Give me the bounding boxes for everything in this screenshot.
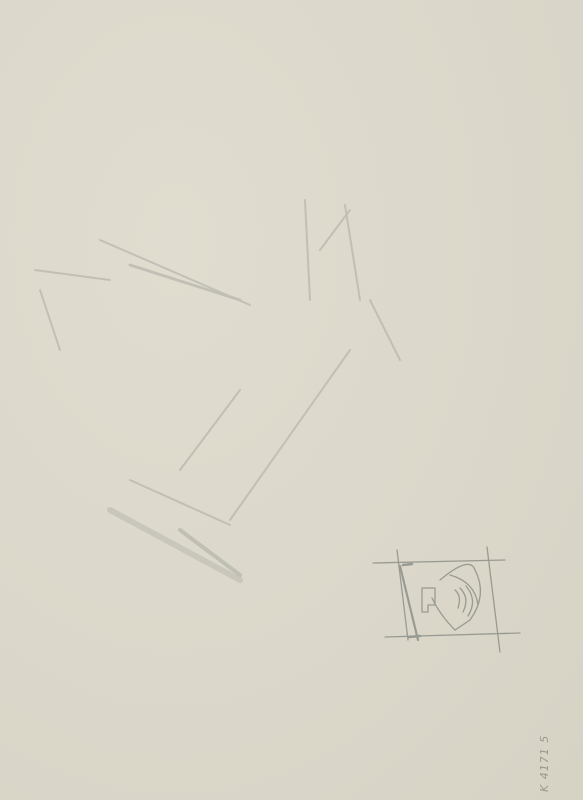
inventory-number: K 4171 5 bbox=[538, 732, 551, 792]
faint-perspective-sketch bbox=[35, 200, 400, 580]
sketch-paper: K 4171 5 bbox=[0, 0, 583, 800]
pencil-sketch bbox=[0, 0, 583, 800]
small-plan-sketch bbox=[373, 547, 520, 652]
